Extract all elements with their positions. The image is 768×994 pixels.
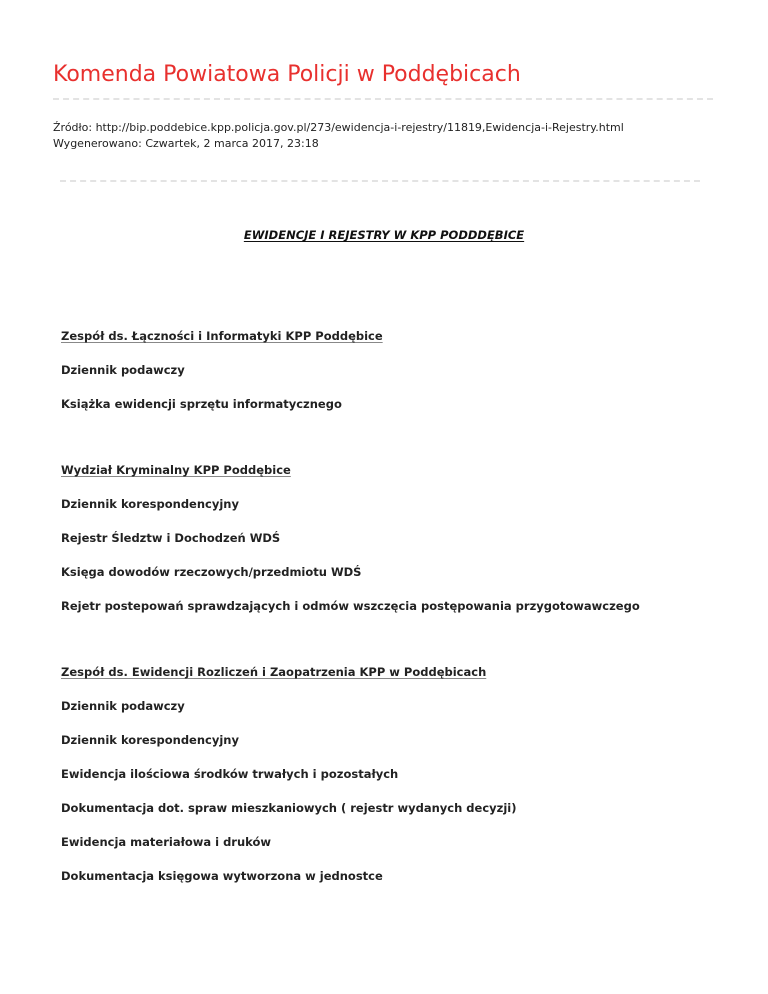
list-item: Książka ewidencji sprzętu informatyczneg… xyxy=(61,396,741,412)
list-item: Ewidencja materiałowa i druków xyxy=(61,834,741,850)
document-heading: EWIDENCJE I REJESTRY W KPP PODDDĘBICE xyxy=(0,228,768,242)
section-lacznosc-informatyka: Zespół ds. Łączności i Informatyki KPP P… xyxy=(61,328,741,412)
list-item: Rejestr Śledztw i Dochodzeń WDŚ xyxy=(61,530,741,546)
content-divider xyxy=(60,180,700,182)
source-line: Źródło: http://bip.poddebice.kpp.policja… xyxy=(53,120,624,136)
list-item: Dziennik korespondencyjny xyxy=(61,732,741,748)
list-item: Księga dowodów rzeczowych/przedmiotu WDŚ xyxy=(61,564,741,580)
list-item: Dokumentacja księgowa wytworzona w jedno… xyxy=(61,868,741,884)
section-title: Wydział Kryminalny KPP Poddębice xyxy=(61,462,741,478)
list-item: Dziennik korespondencyjny xyxy=(61,496,741,512)
list-item: Ewidencja ilościowa środków trwałych i p… xyxy=(61,766,741,782)
document-meta: Źródło: http://bip.poddebice.kpp.policja… xyxy=(53,120,624,152)
list-item: Dziennik podawczy xyxy=(61,698,741,714)
generated-line: Wygenerowano: Czwartek, 2 marca 2017, 23… xyxy=(53,136,624,152)
list-item: Dokumentacja dot. spraw mieszkaniowych (… xyxy=(61,800,741,816)
section-title: Zespół ds. Ewidencji Rozliczeń i Zaopatr… xyxy=(61,664,741,680)
list-item: Rejetr postepowań sprawdzających i odmów… xyxy=(61,598,741,614)
section-wydzial-kryminalny: Wydział Kryminalny KPP Poddębice Dzienni… xyxy=(61,462,741,614)
section-ewidencja-rozliczen: Zespół ds. Ewidencji Rozliczeń i Zaopatr… xyxy=(61,664,741,884)
section-title: Zespół ds. Łączności i Informatyki KPP P… xyxy=(61,328,741,344)
list-item: Dziennik podawczy xyxy=(61,362,741,378)
page-title: Komenda Powiatowa Policji w Poddębicach xyxy=(53,60,521,90)
header-divider xyxy=(53,98,713,100)
